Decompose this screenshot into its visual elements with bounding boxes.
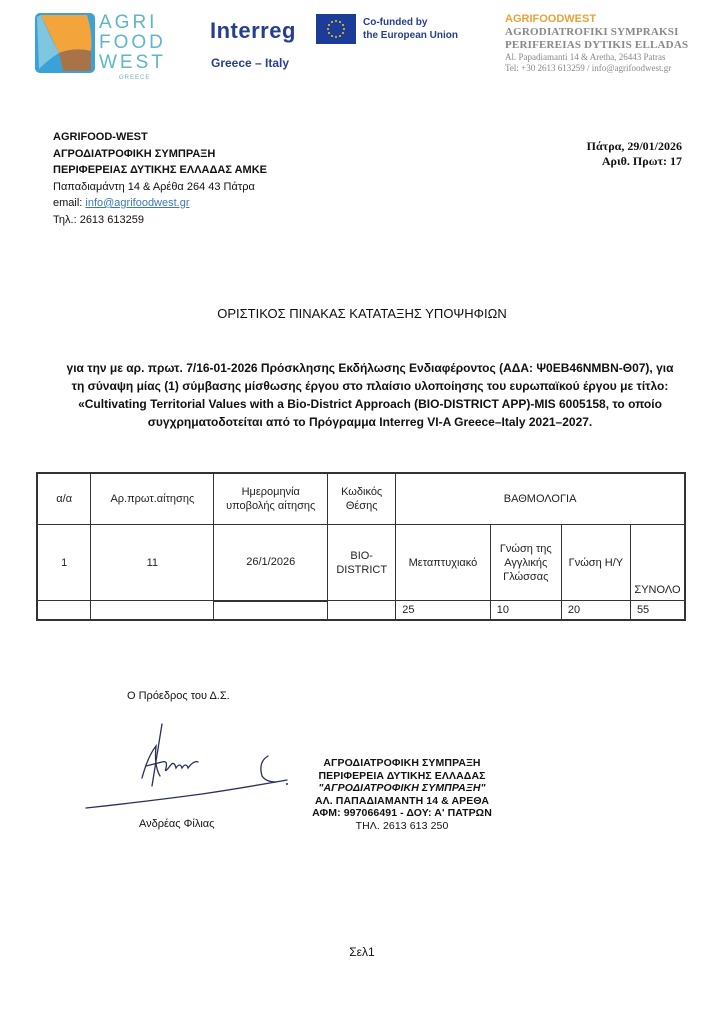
org-contact: Tel: +30 2613 613259 / info@agrifoodwest… — [505, 63, 720, 74]
sender-line-2: ΑΓΡΟΔΙΑΤΡΟΦΙΚΗ ΣΥΜΠΡΑΞΗ — [53, 146, 267, 163]
sender-address: Παπαδιαμάντη 14 & Αρέθα 264 43 Πάτρα — [53, 179, 267, 196]
cell-aa: 1 — [37, 525, 91, 601]
logo-sub: GREECE — [119, 75, 150, 81]
cell-total-score: 55 — [630, 601, 685, 620]
page-number: Σελ1 — [0, 945, 724, 959]
cell-empty — [214, 601, 328, 620]
protocol-number: Αριθ. Πρωτ: 17 — [587, 154, 682, 169]
org-address: Al. Papadiamanti 14 & Aretha, 26443 Patr… — [505, 52, 720, 63]
subheader-total: ΣΥΝΟΛΟ — [630, 525, 685, 601]
subheader-computer: Γνώση Η/Υ — [561, 525, 630, 601]
header-aa: α/α — [37, 473, 91, 525]
cell-computer-score: 20 — [561, 601, 630, 620]
subheader-english: Γνώση της Αγγλικής Γλώσσας — [490, 525, 561, 601]
cell-empty — [37, 601, 91, 620]
cell-masters-score: 25 — [396, 601, 491, 620]
interreg-program: Greece – Italy — [211, 56, 289, 70]
cell-english-score: 10 — [490, 601, 561, 620]
cell-position: BIO-DISTRICT — [328, 525, 396, 601]
cell-empty — [328, 601, 396, 620]
signer-name: Ανδρέας Φίλιας — [139, 818, 214, 830]
ranking-table: α/α Αρ.πρωτ.αίτησης Ημερομηνία υποβολής … — [36, 472, 686, 621]
intro-paragraph: για την με αρ. πρωτ. 7/16-01-2026 Πρόσκλ… — [40, 359, 700, 431]
sender-line-3: ΠΕΡΙΦΕΡΕΙΑΣ ΔΥΤΙΚΗΣ ΕΛΛΑΔΑΣ ΑΜΚΕ — [53, 162, 267, 179]
sender-line-1: AGRIFOOD-WEST — [53, 129, 267, 146]
logo-word-west: WEST — [99, 53, 166, 72]
logo-word-agri: AGRI — [99, 13, 157, 32]
org-brand: AGRIFOODWEST — [505, 12, 720, 26]
eu-flag-icon — [316, 14, 356, 44]
agrifoodwest-logo: AGRI FOOD WEST GREECE — [35, 13, 185, 85]
header-date: Ημερομηνία υποβολής αίτησης — [214, 473, 328, 525]
intro-line-2: τη σύναψη μίας (1) σύμβασης μίσθωσης έργ… — [40, 377, 700, 395]
sender-phone: Τηλ.: 2613 613259 — [53, 212, 267, 229]
header-score: ΒΑΘΜΟΛΟΓΙΑ — [396, 473, 685, 525]
subheader-masters: Μεταπτυχιακό — [396, 525, 491, 601]
header-protocol: Αρ.πρωτ.αίτησης — [91, 473, 214, 525]
eu-cofunded-text: Co-funded by the European Union — [363, 16, 458, 42]
signer-role: Ο Πρόεδρος του Δ.Σ. — [127, 690, 230, 702]
eu-line-2: the European Union — [363, 29, 458, 42]
sender-block: AGRIFOOD-WEST ΑΓΡΟΔΙΑΤΡΟΦΙΚΗ ΣΥΜΠΡΑΞΗ ΠΕ… — [53, 129, 267, 228]
intro-line-3: «Cultivating Territorial Values with a B… — [40, 395, 700, 413]
org-name-line-2: PERIFEREIAS DYTIKIS ELLADAS — [505, 39, 720, 52]
cell-empty — [91, 601, 214, 620]
stamp-line-3: "ΑΓΡΟΔΙΑΤΡΟΦΙΚΗ ΣΥΜΠΡΑΞΗ" — [302, 782, 502, 795]
document-title: ΟΡΙΣΤΙΚΟΣ ΠΙΝΑΚΑΣ ΚΑΤΑΤΑΞΗΣ ΥΠΟΨΗΦΙΩΝ — [0, 306, 724, 321]
table-header-row: α/α Αρ.πρωτ.αίτησης Ημερομηνία υποβολής … — [37, 473, 685, 525]
handwritten-signature-icon — [82, 716, 292, 816]
header-position: Κωδικός Θέσης — [328, 473, 396, 525]
stamp-line-2: ΠΕΡΙΦΕΡΕΙΑ ΔΥΤΙΚΗΣ ΕΛΛΑΔΑΣ — [302, 770, 502, 783]
stamp-line-5: ΑΦΜ: 997066491 - ΔΟΥ: Α' ΠΑΤΡΩΝ — [302, 807, 502, 820]
letterhead-org-info: AGRIFOODWEST AGRODIATROFIKI SYMPRAKSI PE… — [505, 12, 720, 74]
stamp-line-1: ΑΓΡΟΔΙΑΤΡΟΦΙΚΗ ΣΥΜΠΡΑΞΗ — [302, 757, 502, 770]
company-stamp: ΑΓΡΟΔΙΑΤΡΟΦΙΚΗ ΣΥΜΠΡΑΞΗ ΠΕΡΙΦΕΡΕΙΑ ΔΥΤΙΚ… — [302, 757, 502, 832]
table-row: 1 11 26/1/2026 BIO-DISTRICT Μεταπτυχιακό… — [37, 525, 685, 601]
eu-line-1: Co-funded by — [363, 16, 458, 29]
cell-protocol: 11 — [91, 525, 214, 601]
leaf-logo-icon — [35, 13, 95, 73]
org-name-line-1: AGRODIATROFIKI SYMPRAKSI — [505, 26, 720, 39]
intro-line-4: συγχρηματοδοτείται από το Πρόγραμμα Inte… — [40, 413, 700, 431]
intro-line-1: για την με αρ. πρωτ. 7/16-01-2026 Πρόσκλ… — [40, 359, 700, 377]
email-link[interactable]: info@agrifoodwest.gr — [85, 197, 189, 209]
logo-word-food: FOOD — [99, 33, 166, 52]
stamp-line-4: ΑΛ. ΠΑΠΑΔΙΑΜΑΝΤΗ 14 & ΑΡΕΘΑ — [302, 795, 502, 808]
stamp-line-6: ΤΗΛ. 2613 613 250 — [302, 820, 502, 833]
email-label: email: — [53, 197, 85, 209]
place-date-block: Πάτρα, 29/01/2026 Αριθ. Πρωτ: 17 — [587, 139, 682, 169]
cell-date: 26/1/2026 — [214, 525, 328, 601]
place-date: Πάτρα, 29/01/2026 — [587, 139, 682, 154]
interreg-logo: Interreg — [210, 18, 296, 44]
table-row-scores: 25 10 20 55 — [37, 601, 685, 620]
sender-email-row: email: info@agrifoodwest.gr — [53, 195, 267, 212]
